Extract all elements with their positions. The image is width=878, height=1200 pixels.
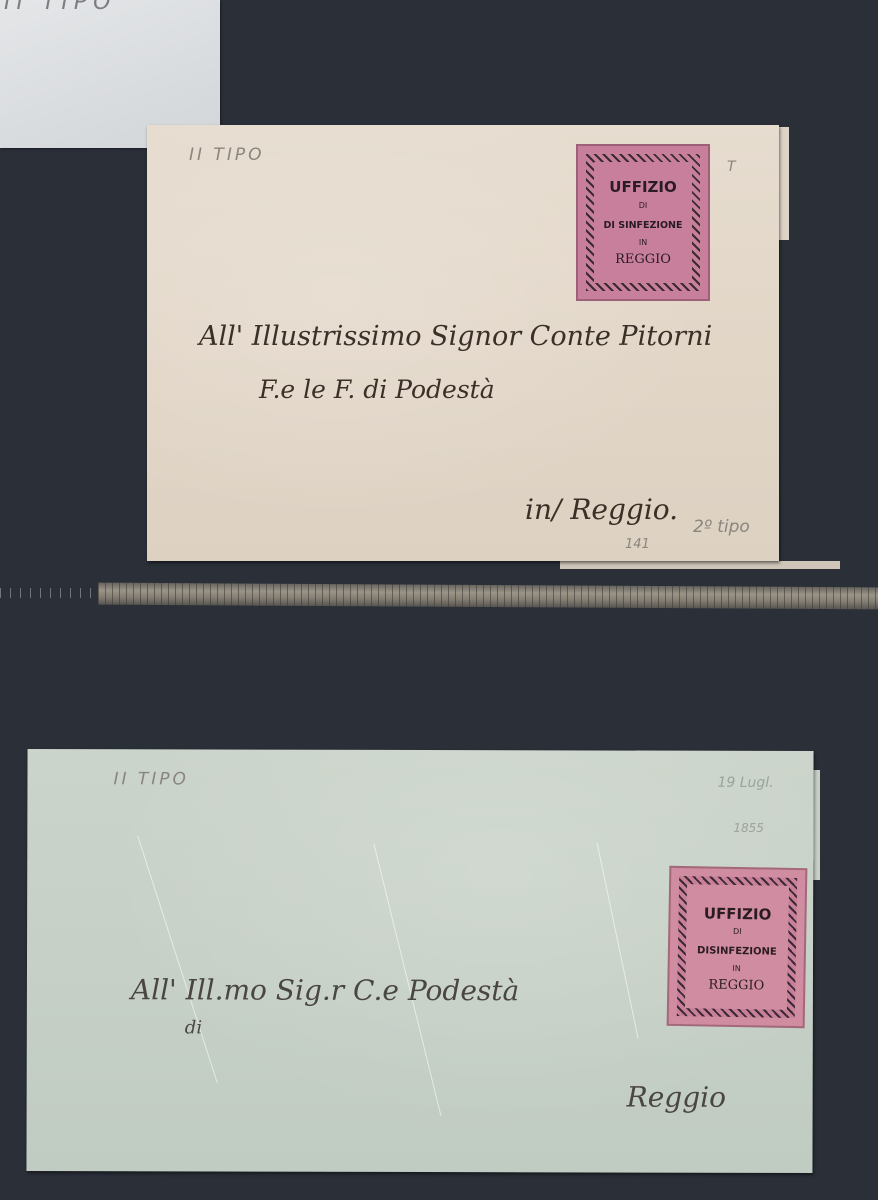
paper-crease (137, 835, 218, 1083)
stamp-line-3: DI SINFEZIONE (578, 220, 708, 231)
pencil-date: 19 Lugl. (717, 775, 773, 791)
stamp-line-1: UFFIZIO (670, 904, 804, 924)
mount-hinge-strip (98, 583, 878, 610)
stamp-line-5: REGGIO (669, 977, 803, 994)
pencil-type-label: II TIPO (189, 145, 264, 165)
destination: Reggio (627, 1081, 726, 1114)
stamp-line-3: DISINFEZIONE (670, 945, 804, 958)
stamp-line-2: DI (578, 201, 708, 210)
address-line-2: F.e le F. di Podestà (259, 375, 495, 404)
stamp-line-5: REGGIO (578, 252, 708, 267)
pencil-year: 1855 (733, 821, 764, 835)
cover1-underlay (560, 561, 840, 569)
pencil-type-label: II TIPO (113, 769, 189, 789)
address-line-1: All' Illustrissimo Signor Conte Pitorni (199, 321, 712, 352)
stamp-line-1: UFFIZIO (578, 178, 708, 196)
address-line-1: All' Ill.mo Sig.r C.e Podestà (131, 973, 519, 1007)
destination: in/ Reggio. (525, 493, 678, 526)
paper-crease (597, 843, 639, 1039)
pencil-corner-mark: T (727, 159, 736, 175)
stamp-disinfection-reggio: UFFIZIO DI DI SINFEZIONE IN REGGIO (576, 144, 710, 301)
pencil-number: 141 (625, 537, 650, 552)
stamp-disinfection-reggio: UFFIZIO DI DISINFEZIONE IN REGGIO (667, 866, 808, 1028)
stamp-line-4: IN (578, 238, 708, 247)
pencil-note: II TIPO (4, 0, 116, 15)
cover1-flap (779, 127, 789, 240)
mount-strip-edge (0, 588, 98, 598)
address-line-2: di (185, 1017, 202, 1038)
pencil-type-note: 2º tipo (693, 517, 750, 537)
